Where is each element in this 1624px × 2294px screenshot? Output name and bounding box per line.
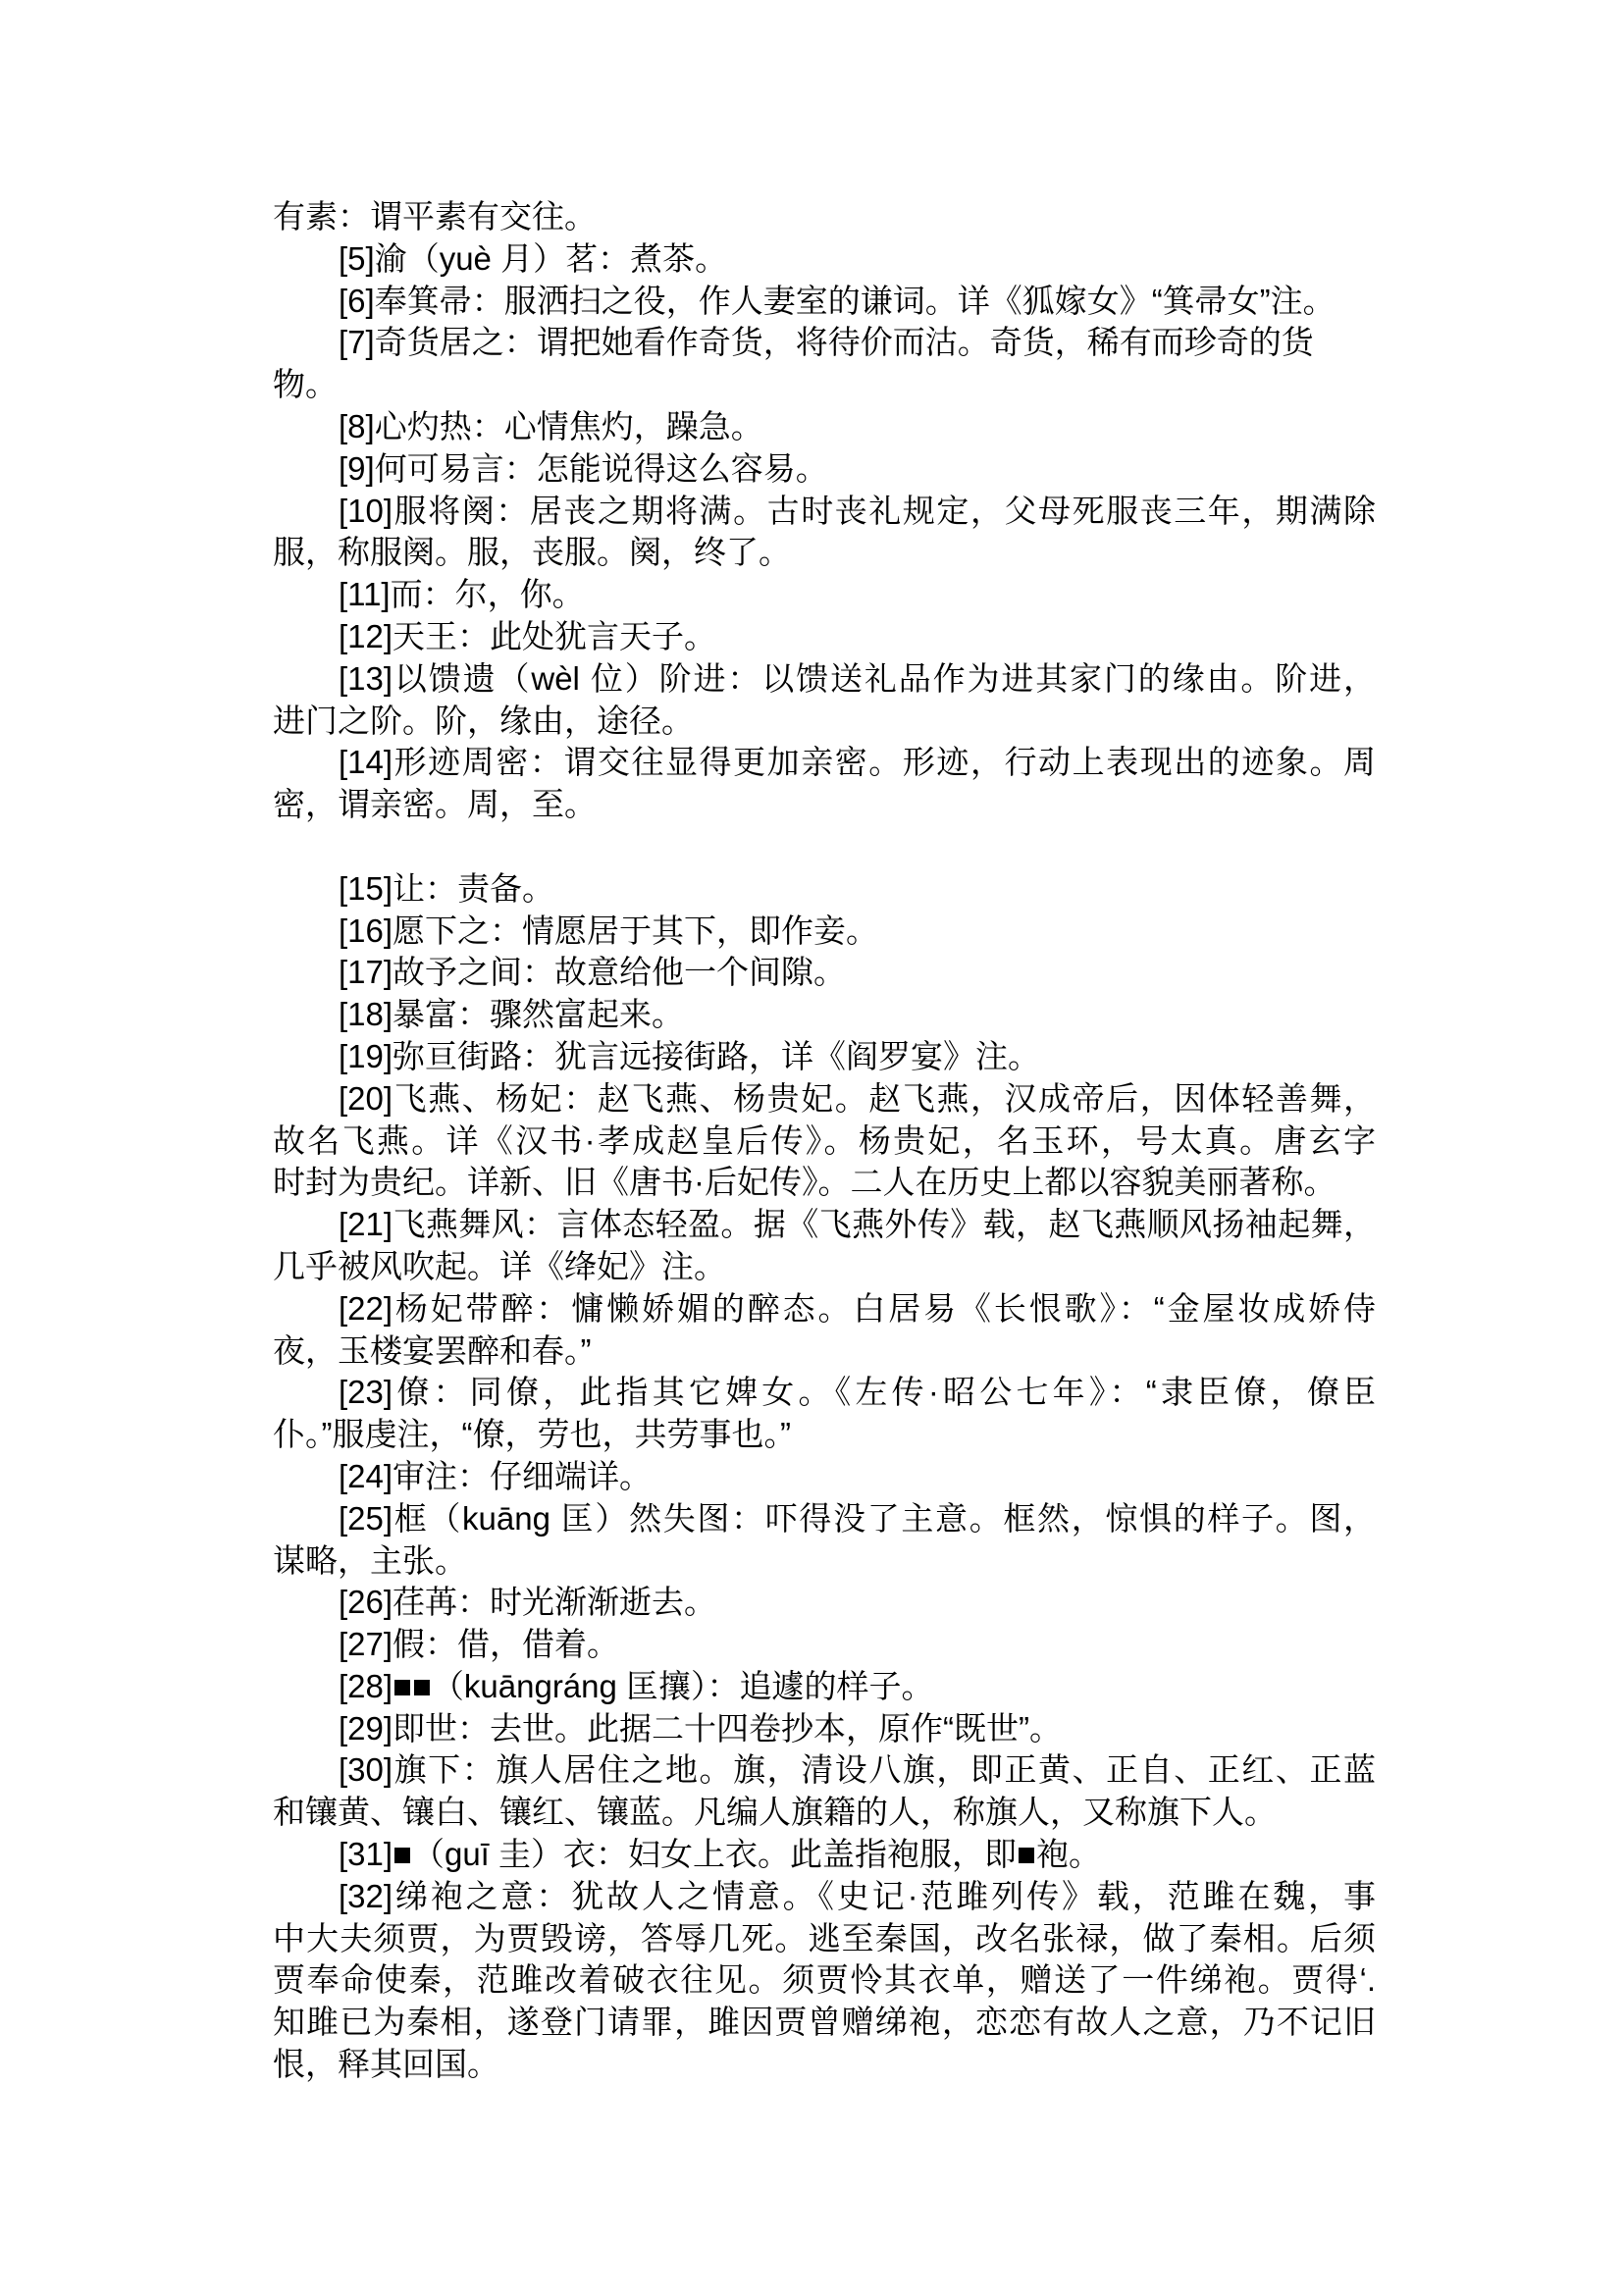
annotation-note-32: [32]绨袍之意：犹故人之情意。《史记·范雎列传》载，范雎在魏，事中大夫须贾，为… xyxy=(273,1876,1376,2086)
text-line: 谋略，主张。 xyxy=(273,1540,1376,1583)
text-line: 贾奉命使秦，范雎改着破衣往见。须贾怜其衣单，赠送了一件绨袍。贾得‘. xyxy=(273,1959,1376,2002)
text-line: 仆。”服虔注，“僚，劳也，共劳事也。” xyxy=(273,1414,1376,1456)
text-line: [24]审注：仔细端详。 xyxy=(273,1456,1376,1498)
annotation-note-22: [22]杨妃带醉：慵懒娇媚的醉态。白居易《长恨歌》：“金屋妆成娇侍夜，玉楼宴罢醉… xyxy=(273,1288,1376,1373)
text-line: [17]故予之间：故意给他一个间隙。 xyxy=(273,952,1376,994)
text-line: [25]框（kuāng 匡）然失图：吓得没了主意。框然，惊惧的样子。图， xyxy=(273,1498,1376,1540)
annotation-note-5: [5]渝（yuè 月）茗：煮茶。 xyxy=(273,238,1376,281)
annotation-note-6: [6]奉箕帚：服洒扫之役，作人妻室的谦词。详《狐嫁女》“箕帚女”注。 xyxy=(273,281,1376,323)
annotation-note-11: [11]而：尔，你。 xyxy=(273,574,1376,616)
text-line: 服，称服阕。服，丧服。阕，终了。 xyxy=(273,532,1376,574)
text-line: [20]飞燕、杨妃：赵飞燕、杨贵妃。赵飞燕，汉成帝后，因体轻善舞， xyxy=(273,1078,1376,1121)
text-line: 夜，玉楼宴罢醉和春。” xyxy=(273,1330,1376,1373)
annotation-note-18: [18]暴富：骤然富起来。 xyxy=(273,994,1376,1036)
annotation-note-14: [14]形迹周密：谓交往显得更加亲密。形迹，行动上表现出的迹象。周密，谓亲密。周… xyxy=(273,742,1376,826)
text-line: 故名飞燕。详《汉书·孝成赵皇后传》。杨贵妃，名玉环，号太真。唐玄字 xyxy=(273,1121,1376,1163)
text-line: [8]心灼热：心情焦灼，躁急。 xyxy=(273,406,1376,448)
annotation-note-16: [16]愿下之：情愿居于其下，即作妾。 xyxy=(273,911,1376,953)
annotation-note-19: [19]弥亘街路：犹言远接街路，详《阎罗宴》注。 xyxy=(273,1036,1376,1078)
text-line: [5]渝（yuè 月）茗：煮茶。 xyxy=(273,238,1376,281)
text-line: [28]■■（kuāngráng 匡攘）：追遽的样子。 xyxy=(273,1666,1376,1708)
text-line: 恨，释其回国。 xyxy=(273,2044,1376,2086)
annotation-note-29: [29]即世：去世。此据二十四卷抄本，原作“既世”。 xyxy=(273,1708,1376,1750)
text-line: [13]以馈遗（wèl 位）阶进：以馈送礼品作为进其家门的缘由。阶进， xyxy=(273,658,1376,701)
text-line: [23]僚：同僚，此指其它婢女。《左传·昭公七年》：“隶臣僚，僚臣 xyxy=(273,1372,1376,1414)
annotation-note-20: [20]飞燕、杨妃：赵飞燕、杨贵妃。赵飞燕，汉成帝后，因体轻善舞，故名飞燕。详《… xyxy=(273,1078,1376,1204)
annotation-note-17: [17]故予之间：故意给他一个间隙。 xyxy=(273,952,1376,994)
annotation-note-23: [23]僚：同僚，此指其它婢女。《左传·昭公七年》：“隶臣僚，僚臣仆。”服虔注，… xyxy=(273,1372,1376,1456)
text-line: [26]荏苒：时光渐渐逝去。 xyxy=(273,1582,1376,1624)
text-line: 和镶黄、镶白、镶红、镶蓝。凡编人旗籍的人，称旗人，又称旗下人。 xyxy=(273,1792,1376,1834)
annotation-note-10: [10]服将阕：居丧之期将满。古时丧礼规定，父母死服丧三年，期满除服，称服阕。服… xyxy=(273,491,1376,575)
text-line: 时封为贵纪。详新、旧《唐书·后妃传》。二人在历史上都以容貌美丽著称。 xyxy=(273,1162,1376,1204)
text-line: [12]天王：此处犹言天子。 xyxy=(273,616,1376,658)
text-line: [7]奇货居之：谓把她看作奇货，将待价而沽。奇货，稀有而珍奇的货物。 xyxy=(273,322,1376,406)
text-line: 密，谓亲密。周，至。 xyxy=(273,784,1376,826)
text-line: [19]弥亘街路：犹言远接街路，详《阎罗宴》注。 xyxy=(273,1036,1376,1078)
text-block: 有素：谓平素有交往。[5]渝（yuè 月）茗：煮茶。[6]奉箕帚：服洒扫之役，作… xyxy=(273,196,1376,2086)
annotation-note-24: [24]审注：仔细端详。 xyxy=(273,1456,1376,1498)
annotation-note-21: [21]飞燕舞风：言体态轻盈。据《飞燕外传》载，赵飞燕顺风扬袖起舞，几乎被风吹起… xyxy=(273,1204,1376,1288)
text-line: [10]服将阕：居丧之期将满。古时丧礼规定，父母死服丧三年，期满除 xyxy=(273,491,1376,533)
annotation-note-31: [31]■（guī 圭）衣：妇女上衣。此盖指袍服，即■袍。 xyxy=(273,1834,1376,1876)
text-line: [16]愿下之：情愿居于其下，即作妾。 xyxy=(273,911,1376,953)
text-line: 进门之阶。阶，缘由，途径。 xyxy=(273,701,1376,743)
text-line: [30]旗下：旗人居住之地。旗，清设八旗，即正黄、正自、正红、正蓝 xyxy=(273,1749,1376,1792)
text-line: 有素：谓平素有交往。 xyxy=(273,196,1376,238)
annotation-note-15: [15]让：责备。 xyxy=(273,868,1376,911)
annotation-note-27: [27]假：借，借着。 xyxy=(273,1624,1376,1666)
text-line: [14]形迹周密：谓交往显得更加亲密。形迹，行动上表现出的迹象。周 xyxy=(273,742,1376,784)
text-line: [15]让：责备。 xyxy=(273,868,1376,911)
annotation-note-30: [30]旗下：旗人居住之地。旗，清设八旗，即正黄、正自、正红、正蓝和镶黄、镶白、… xyxy=(273,1749,1376,1834)
annotation-note-28: [28]■■（kuāngráng 匡攘）：追遽的样子。 xyxy=(273,1666,1376,1708)
annotation-note-13: [13]以馈遗（wèl 位）阶进：以馈送礼品作为进其家门的缘由。阶进，进门之阶。… xyxy=(273,658,1376,743)
text-line: [31]■（guī 圭）衣：妇女上衣。此盖指袍服，即■袍。 xyxy=(273,1834,1376,1876)
text-line: [11]而：尔，你。 xyxy=(273,574,1376,616)
text-line: 几乎被风吹起。详《绛妃》注。 xyxy=(273,1246,1376,1288)
annotation-note-8: [8]心灼热：心情焦灼，躁急。 xyxy=(273,406,1376,448)
text-line: 中大夫须贾，为贾毁谤，答辱几死。逃至秦国，改名张禄，做了秦相。后须 xyxy=(273,1918,1376,1960)
text-line: [27]假：借，借着。 xyxy=(273,1624,1376,1666)
text-line: [6]奉箕帚：服洒扫之役，作人妻室的谦词。详《狐嫁女》“箕帚女”注。 xyxy=(273,281,1376,323)
text-line: [21]飞燕舞风：言体态轻盈。据《飞燕外传》载，赵飞燕顺风扬袖起舞， xyxy=(273,1204,1376,1246)
document-page: { "page": { "background_color": "#ffffff… xyxy=(0,0,1624,2294)
annotation-note-9: [9]何可易言：怎能说得这么容易。 xyxy=(273,448,1376,491)
text-line: [18]暴富：骤然富起来。 xyxy=(273,994,1376,1036)
annotation-note-12: [12]天王：此处犹言天子。 xyxy=(273,616,1376,658)
text-line: 知雎已为秦相，遂登门请罪，雎因贾曾赠绨袍，恋恋有故人之意，乃不记旧 xyxy=(273,2002,1376,2044)
text-line: [29]即世：去世。此据二十四卷抄本，原作“既世”。 xyxy=(273,1708,1376,1750)
text-line: [9]何可易言：怎能说得这么容易。 xyxy=(273,448,1376,491)
annotation-note-26: [26]荏苒：时光渐渐逝去。 xyxy=(273,1582,1376,1624)
text-line: [32]绨袍之意：犹故人之情意。《史记·范雎列传》载，范雎在魏，事 xyxy=(273,1876,1376,1918)
annotation-note-25: [25]框（kuāng 匡）然失图：吓得没了主意。框然，惊惧的样子。图，谋略，主… xyxy=(273,1498,1376,1583)
annotation-cont-prev: 有素：谓平素有交往。 xyxy=(273,196,1376,238)
text-line: [22]杨妃带醉：慵懒娇媚的醉态。白居易《长恨歌》：“金屋妆成娇侍 xyxy=(273,1288,1376,1330)
annotation-note-7: [7]奇货居之：谓把她看作奇货，将待价而沽。奇货，稀有而珍奇的货物。 xyxy=(273,322,1376,406)
